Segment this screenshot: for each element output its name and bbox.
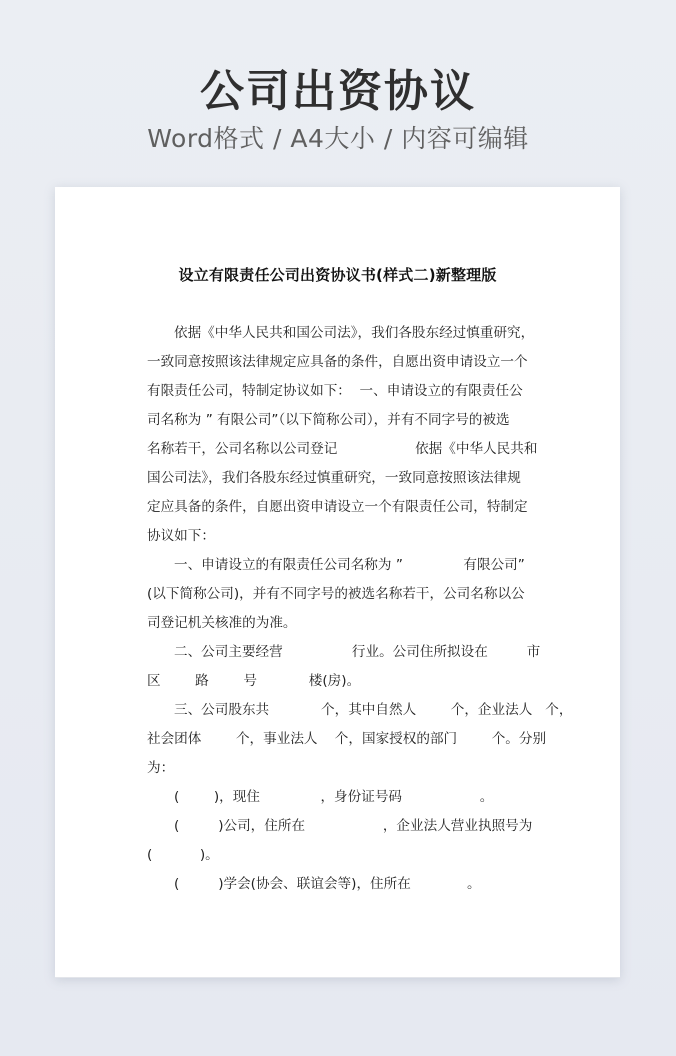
clause-1-line: 一、申请设立的有限责任公司名称为 ” 有限公司”: [147, 551, 531, 580]
document-body: 依据《中华人民共和国公司法》，我们各股东经过慎重研究， 一致同意按照该法律规定应…: [147, 319, 531, 899]
body-line: 一致同意按照该法律规定应具备的条件，自愿出资申请设立一个: [147, 348, 531, 377]
poster-header: 公司出资协议 Word格式 / A4大小 / 内容可编辑: [0, 62, 676, 156]
main-title: 公司出资协议: [0, 62, 676, 122]
body-line: 有限责任公司，特制定协议如下： 一、申请设立的有限责任公: [147, 377, 531, 406]
body-line: 定应具备的条件，自愿出资申请设立一个有限责任公司，特制定: [147, 493, 531, 522]
shareholder-line: ( )，现住 ，身份证号码 。: [147, 783, 531, 812]
format-subtitle: Word格式 / A4大小 / 内容可编辑: [0, 122, 676, 156]
document-page: 设立有限责任公司出资协议书(样式二)新整理版 依据《中华人民共和国公司法》，我们…: [55, 187, 620, 978]
clause-3-line: 三、公司股东共 个，其中自然人 个，企业法人 个，: [147, 696, 531, 725]
shareholder-line: ( )学会(协会、联谊会等)，住所在 。: [147, 870, 531, 899]
body-line: 依据《中华人民共和国公司法》，我们各股东经过慎重研究，: [147, 319, 531, 348]
shareholder-line: ( )公司，住所在 ，企业法人营业执照号为: [147, 812, 531, 841]
body-line: 协议如下：: [147, 522, 531, 551]
clause-1-line: (以下简称公司)，并有不同字号的被选名称若干，公司名称以公: [147, 580, 531, 609]
shareholder-line: ( )。: [147, 841, 531, 870]
document-title: 设立有限责任公司出资协议书(样式二)新整理版: [55, 265, 620, 285]
body-line: 司名称为 ” 有限公司”（以下简称公司），并有不同字号的被选: [147, 406, 531, 435]
clause-2-line: 二、公司主要经营 行业。公司住所拟设在 市: [147, 638, 531, 667]
clause-1-line: 司登记机关核准的为准。: [147, 609, 531, 638]
body-line: 国公司法》，我们各股东经过慎重研究，一致同意按照该法律规: [147, 464, 531, 493]
clause-2-line: 区 路 号 楼(房)。: [147, 667, 531, 696]
clause-3-line: 为：: [147, 754, 531, 783]
body-line: 名称若干，公司名称以公司登记 依据《中华人民共和: [147, 435, 531, 464]
clause-3-line: 社会团体 个，事业法人 个，国家授权的部门 个。分别: [147, 725, 531, 754]
